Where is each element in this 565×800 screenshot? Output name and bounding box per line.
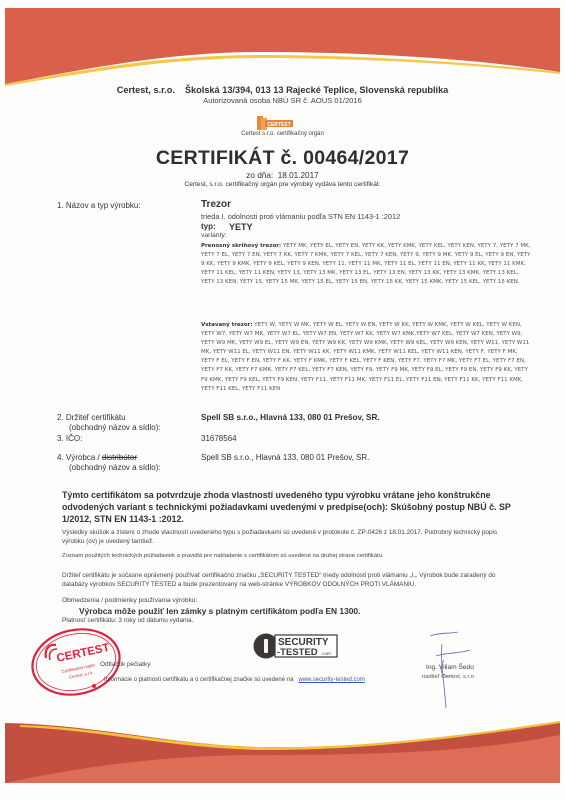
logo-caption: Certest s.r.o. certifikačný orgán	[0, 131, 565, 137]
stamp-caption: Odtlačok pečiatky	[100, 661, 150, 668]
type-label: typ:	[201, 222, 216, 231]
top-decorative-band	[0, 0, 565, 90]
signer-name: Ing. Viliam Šedo	[426, 664, 474, 671]
portable-safe-variants: Prenosný skriňový trezor: YETY MK, YETY …	[201, 242, 531, 287]
certest-logo-icon: CERTEST	[257, 116, 293, 130]
company-name: Certest, s.r.o.	[117, 85, 175, 95]
validity-note: Platnosť certifikátu: 3 roky od dátumu v…	[62, 617, 193, 624]
holder-value: Spell SB s.r.o., Hlavná 133, 080 01 Preš…	[201, 413, 380, 422]
restrictions-label: Obmedzenia / podmienky používania výrobk…	[62, 597, 512, 606]
certificate-issuer-statement: Certest, s.r.o. certifikačný orgán pre v…	[0, 181, 565, 188]
holder-label: 2. Držiteľ certifikátu (obchodný názov a…	[57, 413, 161, 433]
info-text: Informácie o platnosti certifikátu a o c…	[104, 677, 293, 683]
certificate-date: zo dňa: 18.01.2017	[0, 171, 565, 180]
distributor-struck: distribútor	[102, 453, 137, 462]
builtin-safe-label: Vstavaný trezor:	[201, 322, 253, 328]
portable-safe-label: Prenosný skriňový trezor:	[201, 243, 281, 249]
test-results-note: Výsledky skúšok a zistení o zhode vlastn…	[62, 529, 512, 546]
svg-text:.com: .com	[321, 651, 331, 656]
restriction-statement: Výrobca môže použiť len zámky s platným …	[79, 606, 360, 616]
date-value: 18.01.2017	[278, 171, 319, 180]
svg-text:-TESTED: -TESTED	[277, 647, 318, 658]
portable-safe-list: YETY MK, YETY EL, YETY EN, YETY KK, YETY…	[201, 243, 530, 285]
manufacturer-label-line2: (obchodný názov a sídlo):	[57, 463, 161, 473]
holder-label-line2: (obchodný názov a sídlo):	[57, 423, 161, 433]
manufacturer-value: Spell SB s.r.o., Hlavná 133, 080 01 Preš…	[201, 453, 369, 462]
svg-text:CERTEST: CERTEST	[267, 122, 290, 128]
manufacturer-label: 4. Výrobca / distribútor (obchodný názov…	[57, 453, 161, 473]
security-tested-link[interactable]: www.security-tested.com	[298, 677, 364, 683]
holder-label-line1: 2. Držiteľ certifikátu	[57, 413, 161, 423]
bottom-decorative-band	[0, 715, 565, 800]
authorization-line: Autorizovaná osoba NBÚ SR č. AOUS 01/201…	[0, 96, 565, 105]
product-name: Trezor	[201, 199, 231, 210]
date-label: zo dňa:	[246, 171, 273, 180]
certificate-title: CERTIFIKÁT č. 00464/2017	[0, 147, 565, 170]
manufacturer-label-prefix: 4. Výrobca /	[57, 453, 102, 462]
signer-role: riaditeľ Certest, s.r.o	[422, 674, 474, 680]
info-line: Informácie o platnosti certifikátu a o c…	[104, 677, 365, 683]
product-label: 1. Názov a typ výrobku:	[57, 201, 141, 211]
ico-value: 31678564	[201, 434, 237, 443]
company-address: Školská 13/394, 013 13 Rajecké Teplice, …	[185, 85, 448, 95]
type-value: YETY	[229, 222, 253, 232]
ico-label: 3. IČO:	[57, 434, 82, 444]
builtin-safe-variants: Vstavaný trezor: YETY W, YETY W MK, YETY…	[201, 321, 531, 394]
security-tested-logo-icon: SECURITY -TESTED .com	[253, 632, 339, 660]
builtin-safe-list: YETY W, YETY W MK, YETY W EL, YETY W EN,…	[201, 322, 529, 392]
rules-note: Zoznam použitých technických požiadaviek…	[62, 552, 512, 561]
product-class: trieda I. odolnosti proti vlámaniu podľa…	[201, 212, 400, 221]
variants-label: varianty:	[201, 232, 227, 239]
conformity-statement: Týmto certifikátom sa potvrdzuje zhoda v…	[62, 489, 512, 525]
security-mark-note: Držiteľ certifikátu je súčasne oprávnený…	[62, 572, 512, 589]
issuer-address-line: Certest, s.r.o.Školská 13/394, 013 13 Ra…	[0, 85, 565, 95]
